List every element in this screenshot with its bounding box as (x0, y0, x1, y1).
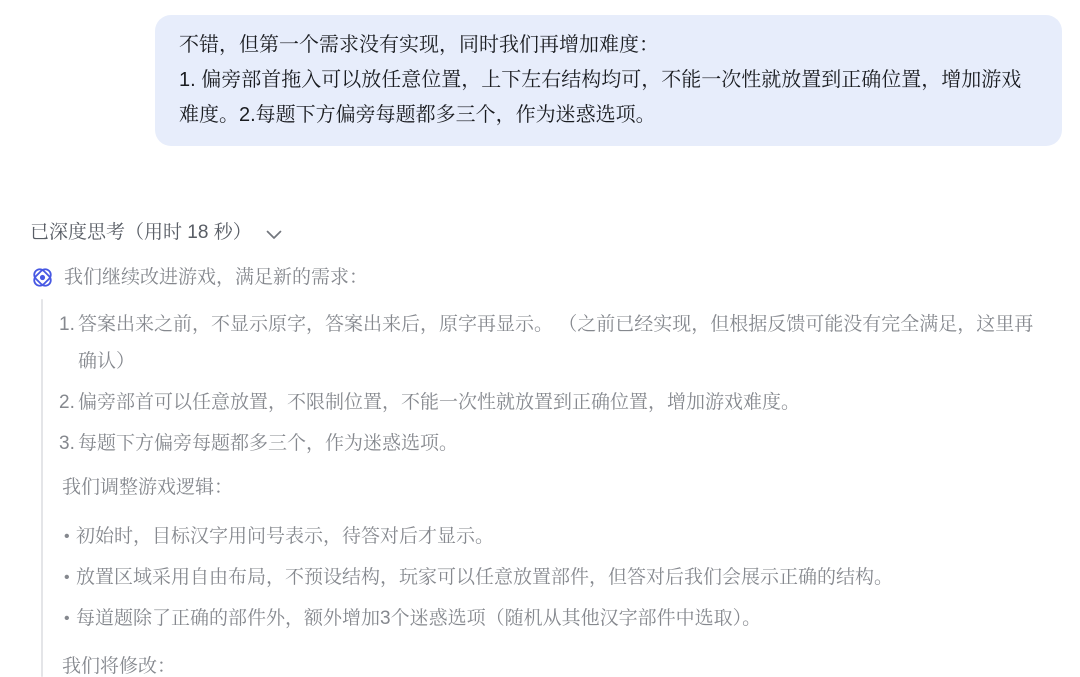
bullet-icon: • (59, 600, 76, 637)
chat-page: 不错，但第一个需求没有实现，同时我们再增加难度： 1. 偏旁部首拖入可以放任意位… (0, 0, 1080, 677)
user-message-row: 不错，但第一个需求没有实现，同时我们再增加难度： 1. 偏旁部首拖入可以放任意位… (155, 15, 1062, 146)
bullet-text: 每道题除了正确的部件外，额外增加3个迷惑选项（随机从其他汉字部件中选取）。 (76, 600, 1049, 637)
list-item-marker: 1. (59, 306, 75, 343)
paragraph-will-modify: 我们将修改： (59, 653, 1049, 677)
bullet-text: 初始时，目标汉字用问号表示，待答对后才显示。 (76, 518, 1049, 555)
paragraph-adjust-logic: 我们调整游戏逻辑： (59, 474, 1049, 502)
bullet-icon: • (59, 518, 76, 555)
bullet-item: • 放置区域采用自由布局，不预设结构，玩家可以任意放置部件，但答对后我们会展示正… (59, 559, 1049, 596)
list-item-text: 偏旁部首可以任意放置，不限制位置，不能一次性就放置到正确位置，增加游戏难度。 (78, 384, 1049, 421)
bullet-item: • 每道题除了正确的部件外，额外增加3个迷惑选项（随机从其他汉字部件中选取）。 (59, 600, 1049, 637)
deep-think-toggle[interactable]: 已深度思考（用时 18 秒） (30, 220, 282, 246)
list-item-marker: 3. (59, 425, 75, 462)
chevron-down-icon[interactable] (266, 230, 282, 240)
user-message-bubble: 不错，但第一个需求没有实现，同时我们再增加难度： 1. 偏旁部首拖入可以放任意位… (155, 15, 1062, 146)
list-item-text: 每题下方偏旁每题都多三个，作为迷惑选项。 (78, 425, 1049, 462)
timeline-line (41, 299, 43, 677)
assistant-intro-text: 我们继续改进游戏，满足新的需求： (64, 263, 368, 292)
list-item-text: 答案出来之前，不显示原字，答案出来后，原字再显示。 （之前已经实现，但根据反馈可… (78, 306, 1049, 380)
deep-think-label: 已深度思考（用时 18 秒） (30, 220, 252, 246)
list-item-marker: 2. (59, 384, 75, 421)
numbered-list: 1. 答案出来之前，不显示原字，答案出来后，原字再显示。 （之前已经实现，但根据… (59, 306, 1049, 462)
assistant-message-header: 我们继续改进游戏，满足新的需求： (31, 263, 368, 292)
bullet-icon: • (59, 559, 76, 596)
numbered-list-item: 3. 每题下方偏旁每题都多三个，作为迷惑选项。 (59, 425, 1049, 462)
numbered-list-item: 1. 答案出来之前，不显示原字，答案出来后，原字再显示。 （之前已经实现，但根据… (59, 306, 1049, 380)
bullet-text: 放置区域采用自由布局，不预设结构，玩家可以任意放置部件，但答对后我们会展示正确的… (76, 559, 1049, 596)
assistant-message-body: 1. 答案出来之前，不显示原字，答案出来后，原字再显示。 （之前已经实现，但根据… (59, 298, 1049, 677)
numbered-list-item: 2. 偏旁部首可以任意放置，不限制位置，不能一次性就放置到正确位置，增加游戏难度… (59, 384, 1049, 421)
bullet-list: • 初始时，目标汉字用问号表示，待答对后才显示。 • 放置区域采用自由布局，不预… (59, 518, 1049, 637)
bullet-item: • 初始时，目标汉字用问号表示，待答对后才显示。 (59, 518, 1049, 555)
atom-logo-icon (31, 266, 54, 289)
